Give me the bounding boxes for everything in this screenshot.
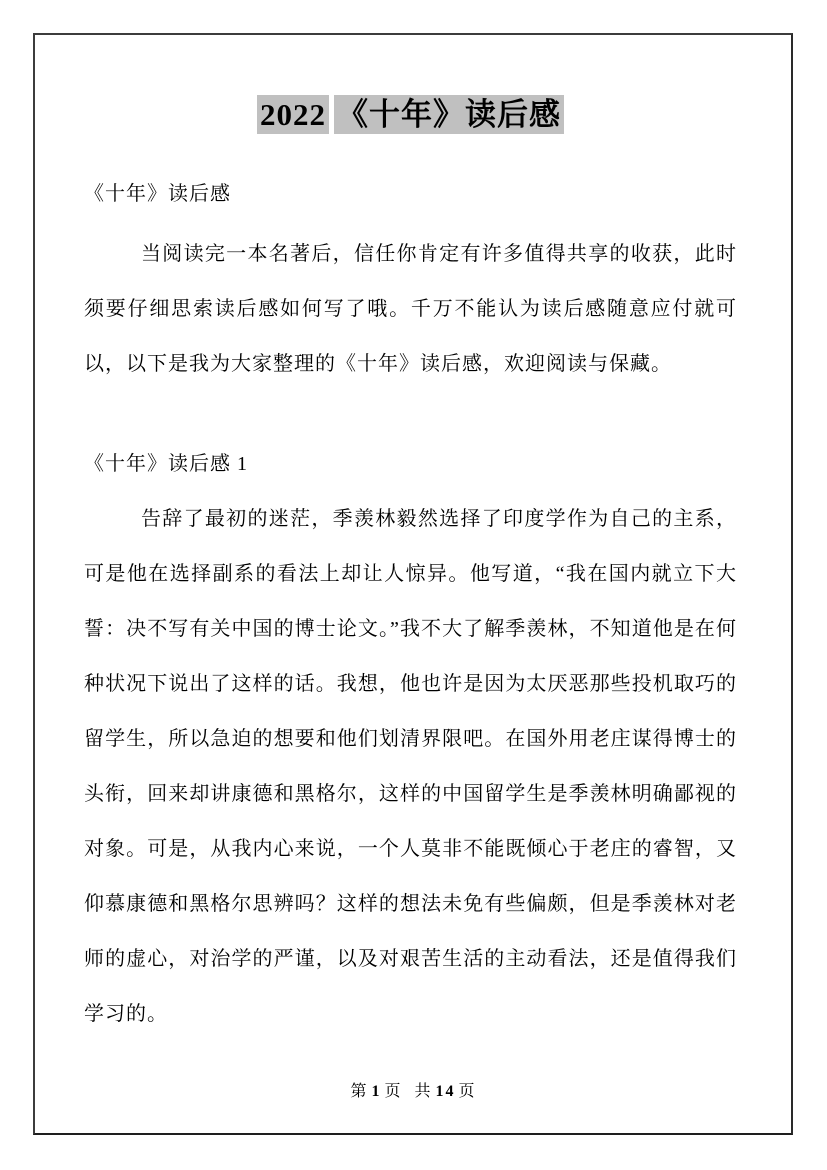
section-heading: 《十年》读后感 1 bbox=[84, 437, 737, 492]
document-title-main: 《十年》读后感 bbox=[334, 95, 564, 134]
footer-current-page: 第1页 bbox=[350, 1083, 402, 1100]
footer-total-unit: 页 bbox=[459, 1083, 477, 1100]
footer-total-pages: 共14页 bbox=[415, 1083, 477, 1100]
page-footer: 第1页共14页 bbox=[0, 1080, 827, 1104]
document-title-year: 2022 bbox=[257, 95, 329, 134]
footer-page-number: 1 bbox=[368, 1083, 384, 1100]
footer-total-prefix: 共 bbox=[415, 1083, 433, 1100]
document-content: 2022《十年》读后感 《十年》读后感 当阅读完一本名著后，信任你肯定有许多值得… bbox=[84, 0, 737, 1042]
document-page: 2022《十年》读后感 《十年》读后感 当阅读完一本名著后，信任你肯定有许多值得… bbox=[0, 0, 827, 1170]
section-body-paragraph: 告辞了最初的迷茫，季羡林毅然选择了印度学作为自己的主系，可是他在选择副系的看法上… bbox=[84, 492, 737, 1042]
footer-total-number: 14 bbox=[433, 1083, 459, 1100]
document-title: 2022《十年》读后感 bbox=[84, 94, 737, 136]
footer-page-prefix: 第 bbox=[350, 1083, 368, 1100]
footer-page-unit: 页 bbox=[384, 1083, 402, 1100]
document-subtitle: 《十年》读后感 bbox=[84, 167, 737, 222]
intro-paragraph: 当阅读完一本名著后，信任你肯定有许多值得共享的收获，此时须要仔细思索读后感如何写… bbox=[84, 227, 737, 392]
